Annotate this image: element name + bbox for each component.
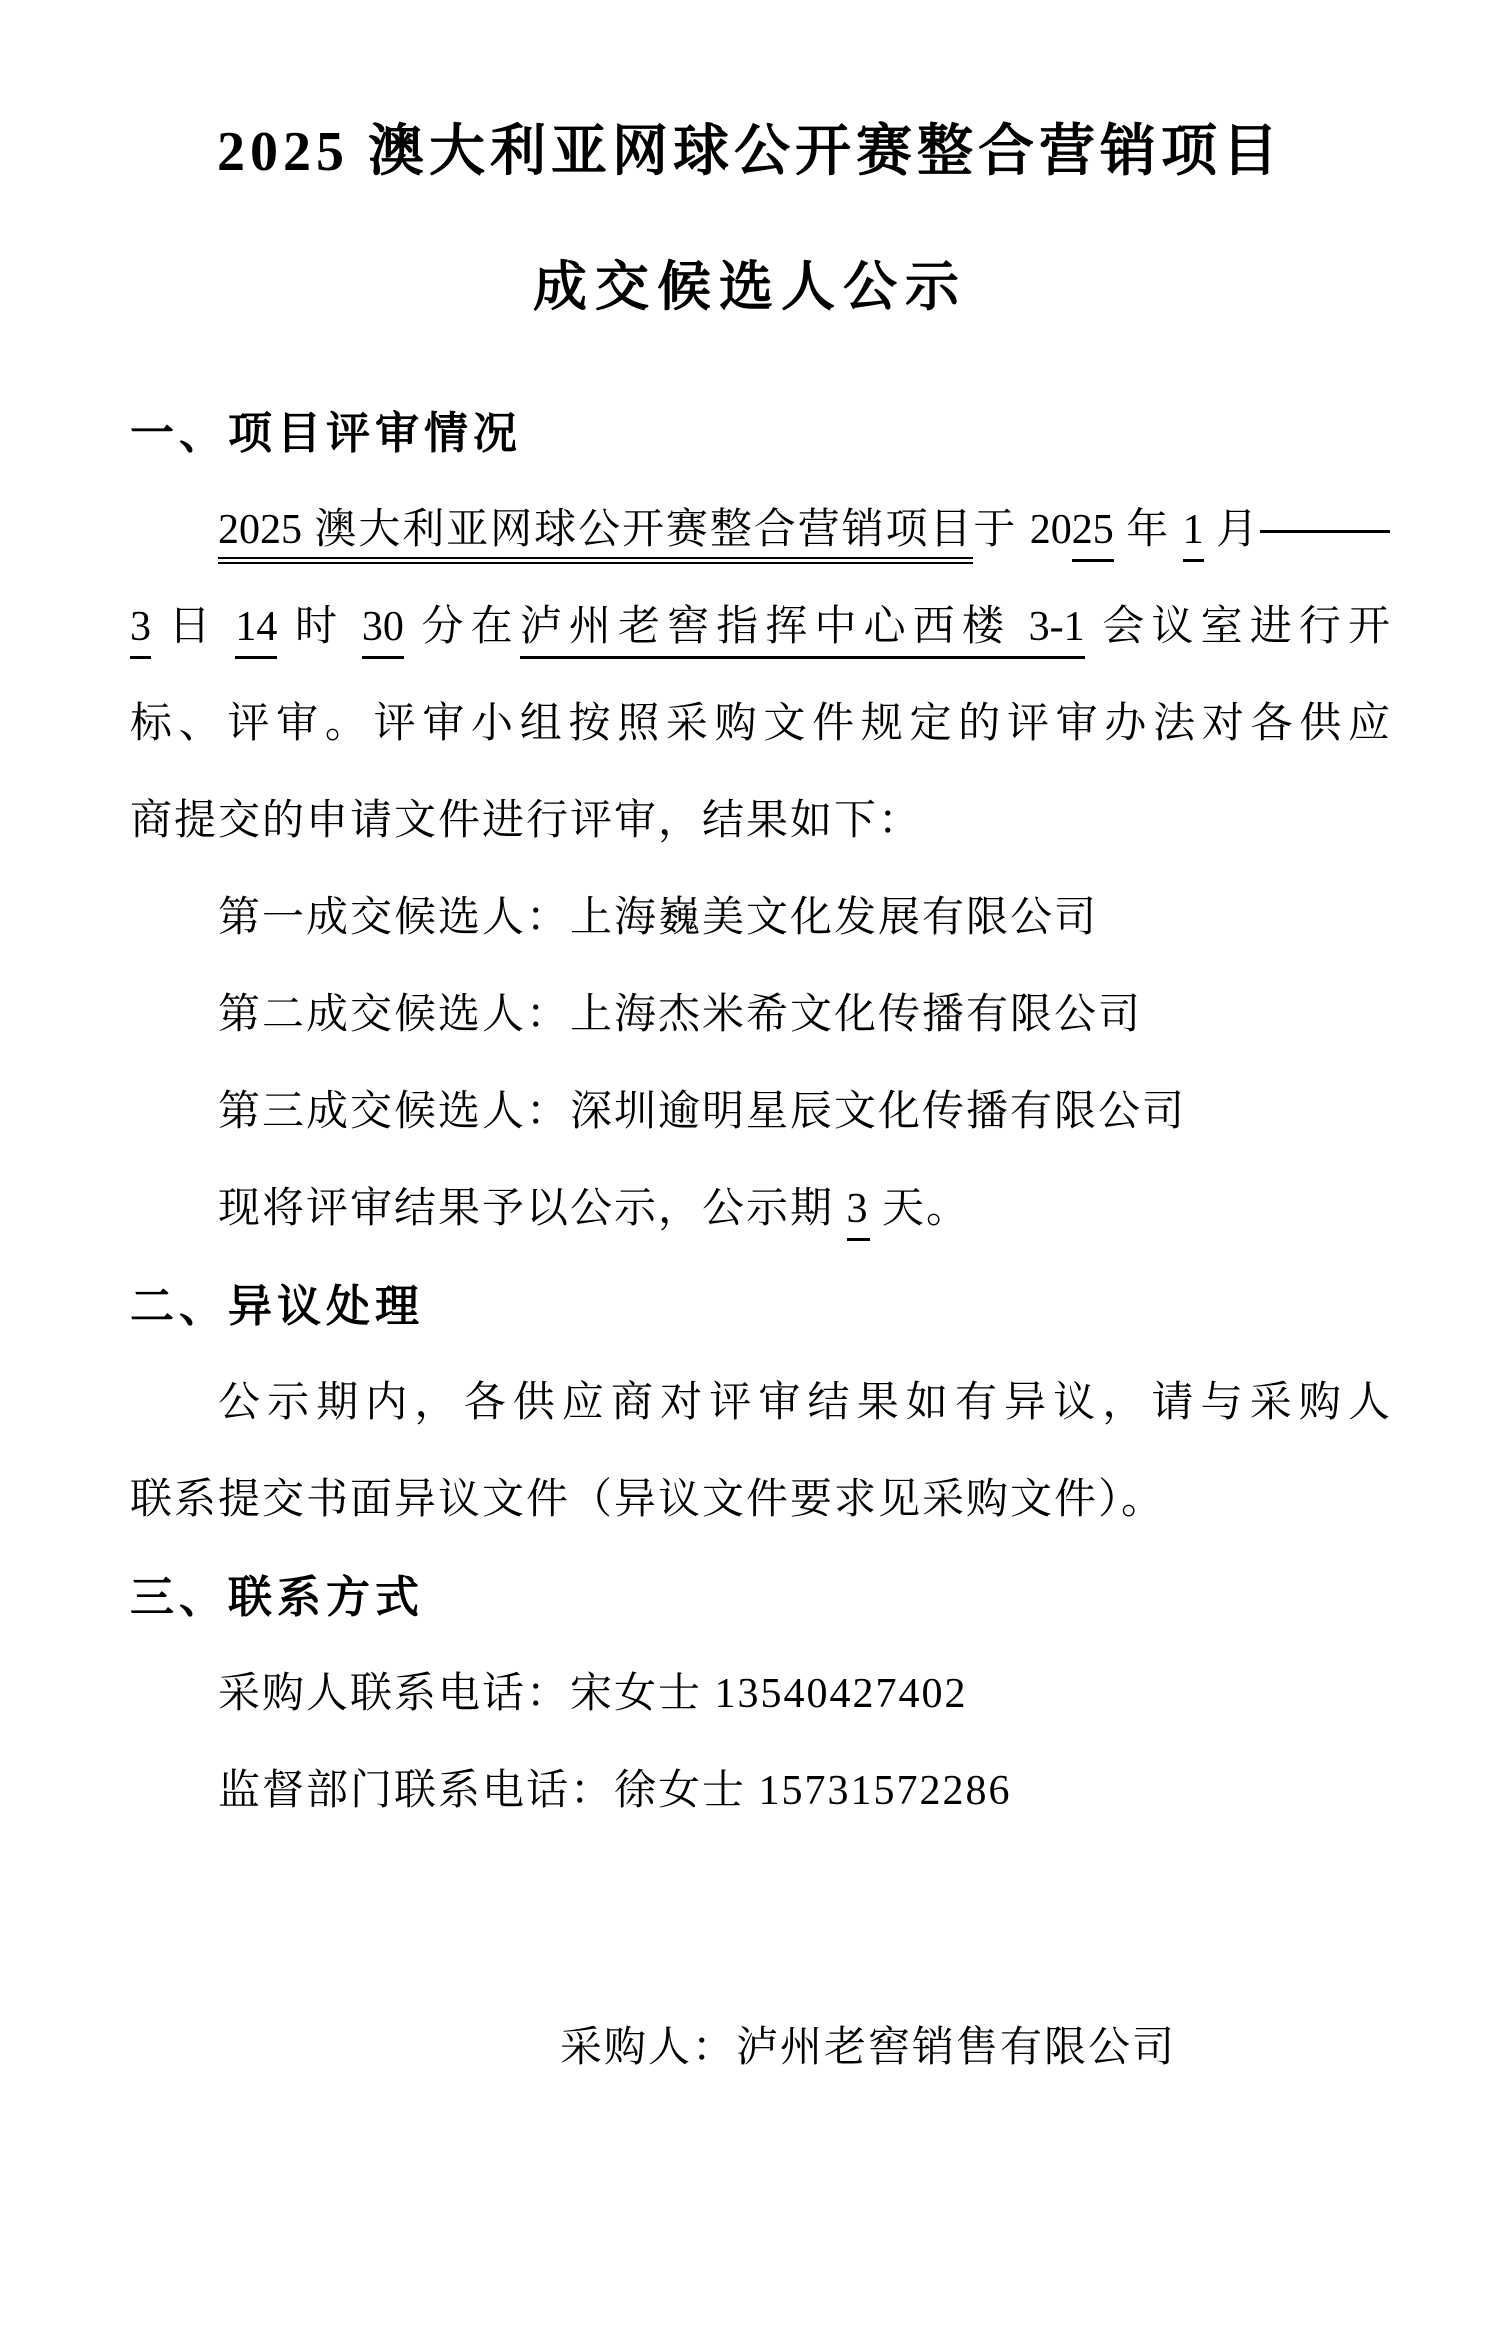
text-segment: 联系提交书面异议文件（异议文件要求见采购文件）。 — [130, 1477, 1165, 1523]
doc-title: 2025 澳大利亚网球公开赛整合营销项目 — [0, 112, 1500, 192]
text-segment: 会议室进行开 — [1085, 604, 1390, 650]
text-segment: 第三成交候选人：深圳逾明星辰文化传播有限公司 — [218, 1089, 1186, 1135]
body-line: 第一成交候选人：上海巍美文化发展有限公司 — [130, 870, 1390, 967]
doc-subtitle: 成交候选人公示 — [0, 247, 1500, 327]
body-line: 联系提交书面异议文件（异议文件要求见采购文件）。 — [130, 1452, 1390, 1549]
section-heading: 一、项目评审情况 — [130, 385, 1390, 482]
text-segment: 采购人：泸州老窖销售有限公司 — [560, 2025, 1176, 2071]
text-segment: 天。 — [870, 1186, 971, 1232]
text-segment: 月 — [1204, 507, 1260, 553]
body-line: 第三成交候选人：深圳逾明星辰文化传播有限公司 — [130, 1064, 1390, 1161]
underlined-blank — [1260, 482, 1390, 533]
text-segment: 于 20 — [973, 507, 1071, 553]
underlined-blank: 3 — [130, 604, 151, 659]
text-segment: 公示期内，各供应商对评审结果如有异议，请与采购人 — [218, 1380, 1390, 1426]
underlined-blank: 泸州老窖指挥中心西楼 3-1 — [520, 604, 1085, 659]
document-header: 2025 澳大利亚网球公开赛整合营销项目 成交候选人公示 — [0, 0, 1500, 327]
underlined-blank: 1 — [1183, 507, 1204, 562]
text-segment: 采购人联系电话：宋女士 13540427402 — [218, 1671, 968, 1717]
body-line: 标、评审。评审小组按照采购文件规定的评审办法对各供应 — [130, 676, 1390, 773]
text-segment: 一、项目评审情况 — [130, 409, 522, 458]
underlined-blank: 25 — [1072, 507, 1114, 562]
body-line: 监督部门联系电话：徐女士 15731572286 — [130, 1743, 1390, 1840]
text-segment: 商提交的申请文件进行评审，结果如下： — [130, 798, 922, 844]
text-segment: 年 — [1114, 507, 1183, 553]
body-line: 2025 澳大利亚网球公开赛整合营销项目于 2025 年 1 月 — [130, 482, 1390, 579]
signature-line: 采购人：泸州老窖销售有限公司 — [130, 2000, 1390, 2097]
text-segment: 二、异议处理 — [130, 1282, 424, 1331]
text-segment: 监督部门联系电话：徐女士 15731572286 — [218, 1768, 1012, 1814]
underlined-blank: 30 — [362, 604, 404, 659]
document-body: 一、项目评审情况2025 澳大利亚网球公开赛整合营销项目于 2025 年 1 月… — [130, 385, 1390, 2097]
underlined-blank: 2025 澳大利亚网球公开赛整合营销项目 — [218, 507, 973, 564]
text-segment: 现将评审结果予以公示，公示期 — [218, 1186, 847, 1232]
text-segment: 分在 — [404, 604, 520, 650]
text-segment: 三、联系方式 — [130, 1573, 424, 1622]
document-page: 2025 澳大利亚网球公开赛整合营销项目 成交候选人公示 一、项目评审情况202… — [0, 0, 1500, 2341]
section-heading: 三、联系方式 — [130, 1549, 1390, 1646]
text-segment: 第一成交候选人：上海巍美文化发展有限公司 — [218, 895, 1098, 941]
text-segment: 标、评审。评审小组按照采购文件规定的评审办法对各供应 — [130, 701, 1390, 747]
body-line: 采购人联系电话：宋女士 13540427402 — [130, 1646, 1390, 1743]
underlined-blank: 3 — [847, 1186, 870, 1241]
underlined-blank: 14 — [235, 604, 277, 659]
text-segment: 时 — [277, 604, 361, 650]
body-line: 3 日 14 时 30 分在泸州老窖指挥中心西楼 3-1 会议室进行开 — [130, 579, 1390, 676]
text-segment: 日 — [151, 604, 235, 650]
body-line: 现将评审结果予以公示，公示期 3 天。 — [130, 1161, 1390, 1258]
body-line: 第二成交候选人：上海杰米希文化传播有限公司 — [130, 967, 1390, 1064]
body-line: 商提交的申请文件进行评审，结果如下： — [130, 773, 1390, 870]
text-segment: 第二成交候选人：上海杰米希文化传播有限公司 — [218, 992, 1142, 1038]
section-heading: 二、异议处理 — [130, 1258, 1390, 1355]
body-line: 公示期内，各供应商对评审结果如有异议，请与采购人 — [130, 1355, 1390, 1452]
